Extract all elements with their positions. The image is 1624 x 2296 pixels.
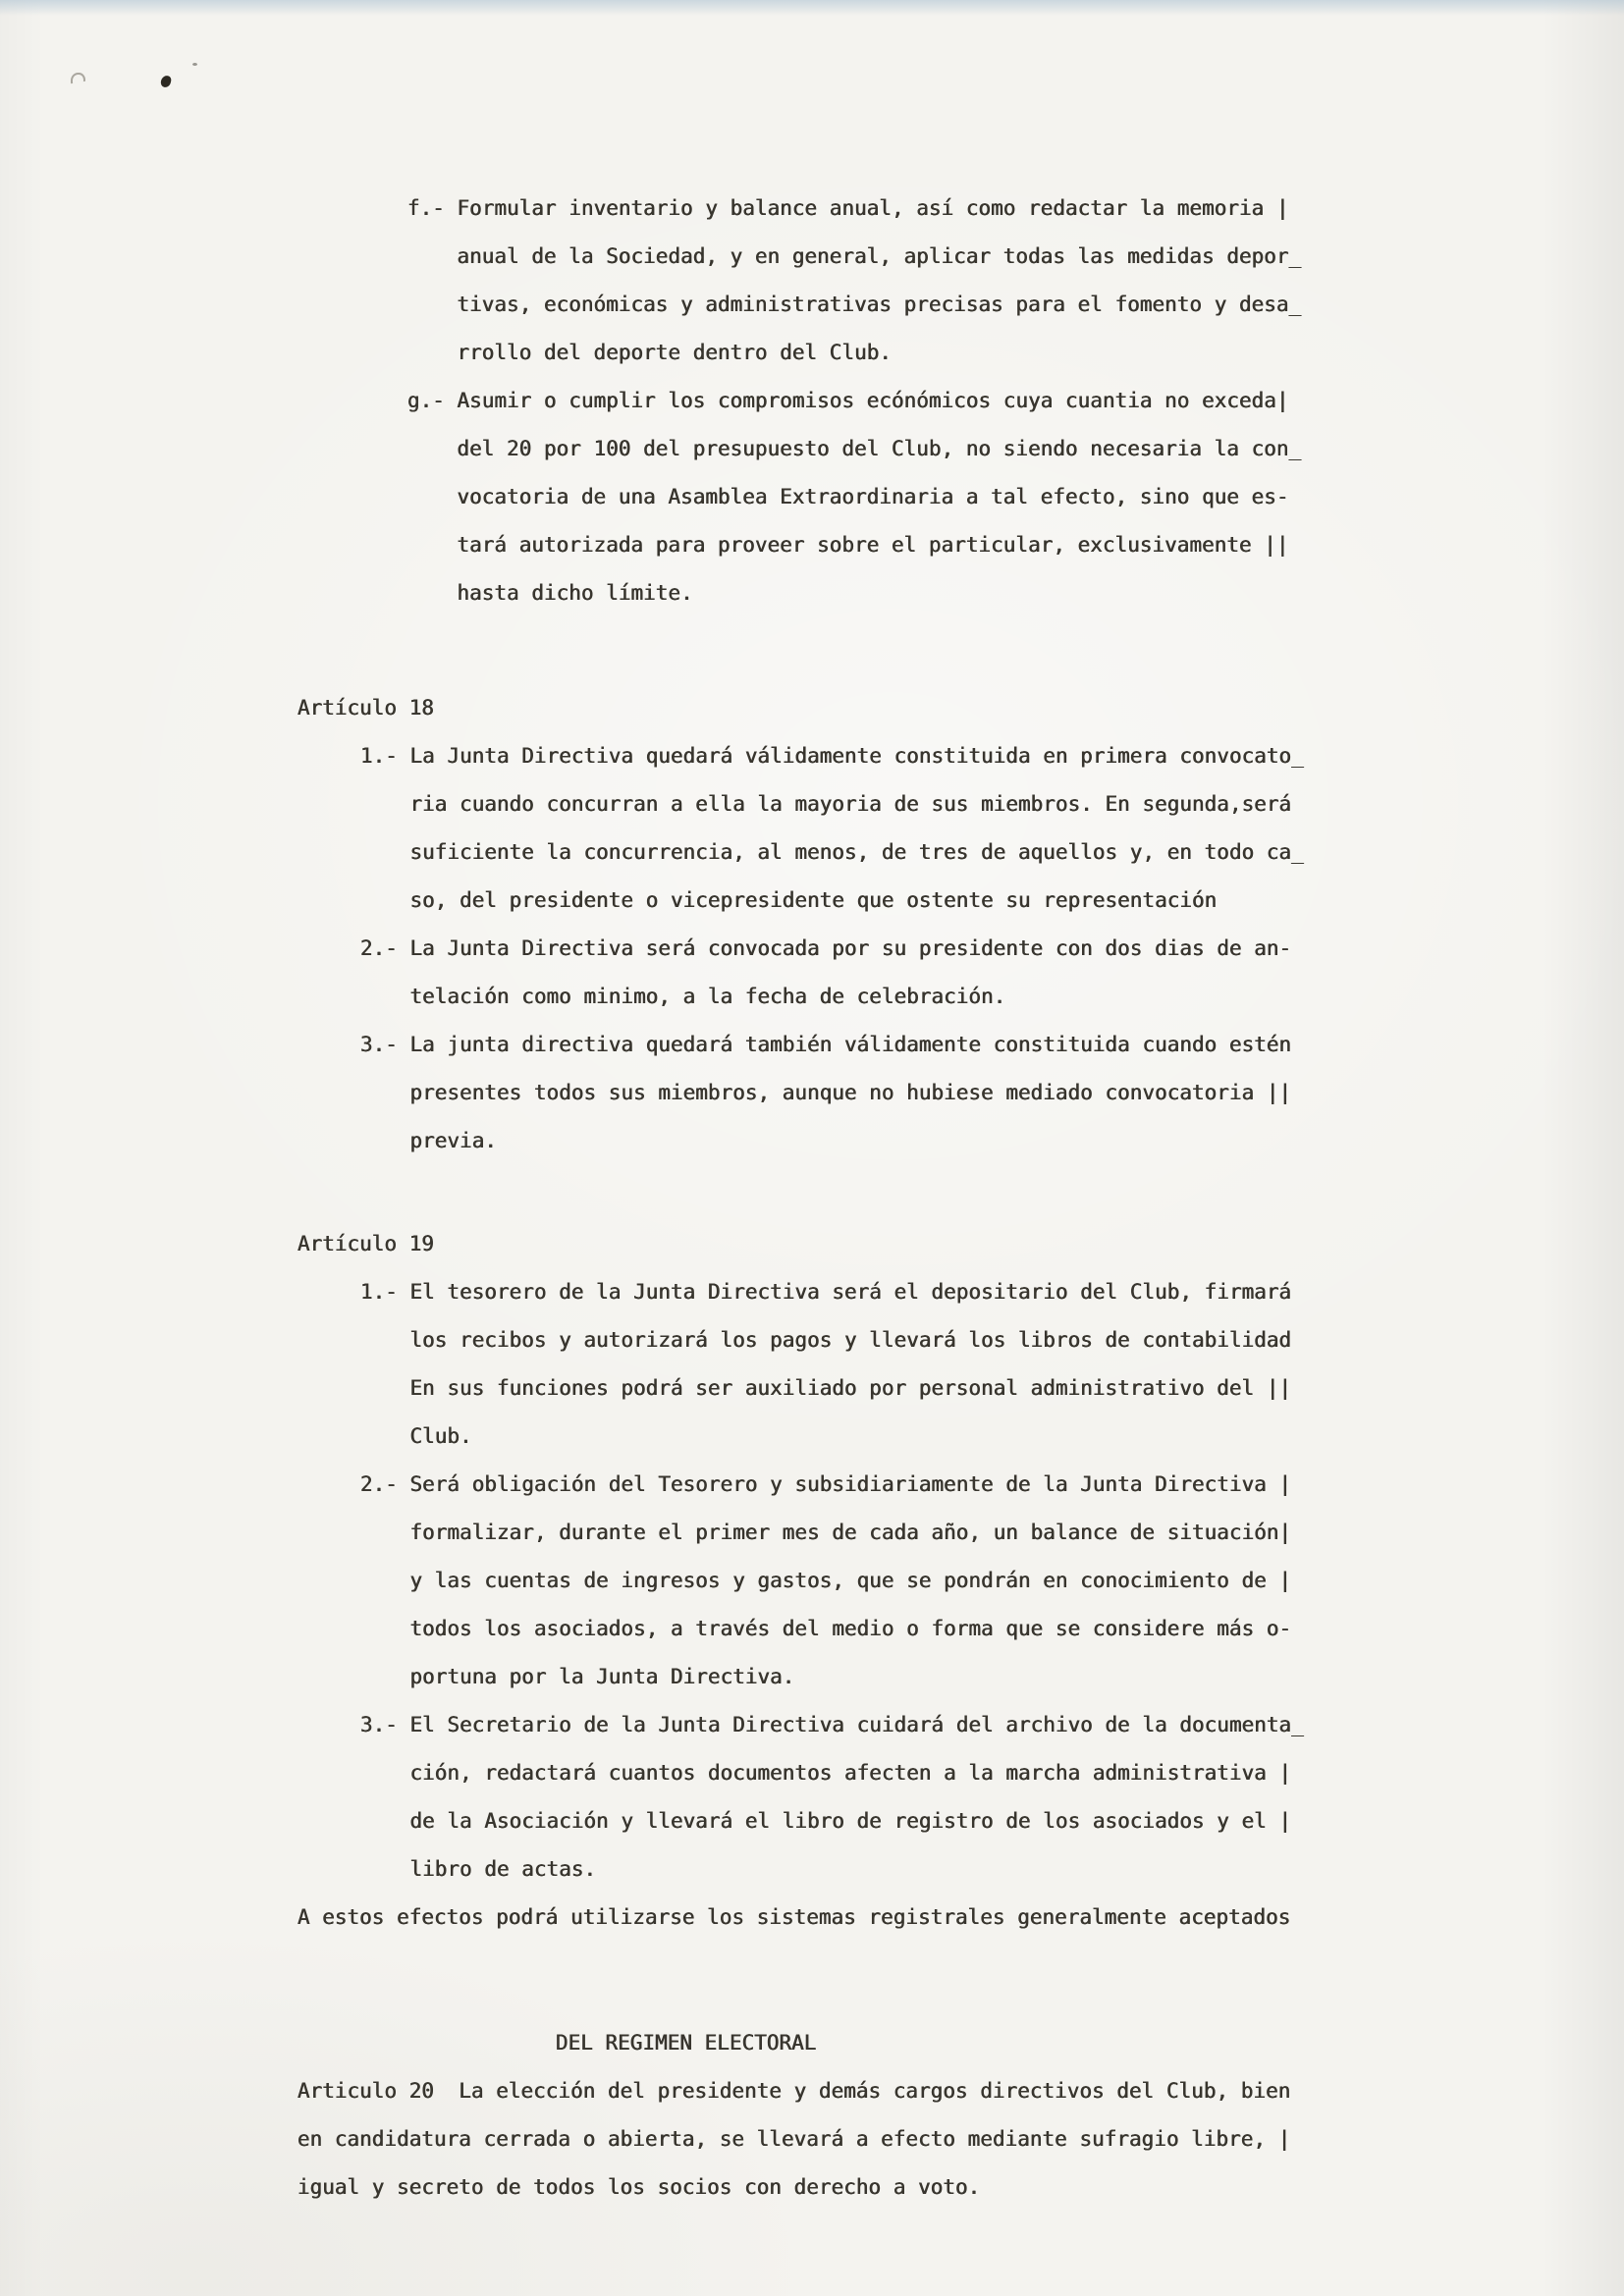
article-item: 3.- La junta directiva quedará también v… xyxy=(0,1021,1624,1165)
item-line: ria cuando concurran a ella la mayoria d… xyxy=(0,780,1624,828)
item-line: formalizar, durante el primer mes de cad… xyxy=(0,1509,1624,1557)
item-line: telación como minimo, a la fecha de cele… xyxy=(0,973,1624,1021)
item-marker: 3.- xyxy=(360,1713,398,1736)
article-item: f.- Formular inventario y balance anual,… xyxy=(0,185,1624,377)
item-line: anual de la Sociedad, y en general, apli… xyxy=(0,233,1624,281)
item-line: tará autorizada para proveer sobre el pa… xyxy=(0,521,1624,569)
item-line: Club. xyxy=(0,1413,1624,1461)
article-item: 3.- El Secretario de la Junta Directiva … xyxy=(0,1701,1624,1894)
article-heading: Artículo 19 xyxy=(0,1220,1624,1268)
item-line: de la Asociación y llevará el libro de r… xyxy=(0,1797,1624,1845)
paragraph-line: en candidatura cerrada o abierta, se lle… xyxy=(0,2115,1624,2163)
paragraph: A estos efectos podrá utilizarse los sis… xyxy=(0,1894,1624,1942)
paragraph-line: A estos efectos podrá utilizarse los sis… xyxy=(0,1894,1624,1942)
center-heading: DEL REGIMEN ELECTORAL xyxy=(0,2019,1624,2067)
item-line: 3.- El Secretario de la Junta Directiva … xyxy=(0,1701,1624,1749)
item-line: 2.- La Junta Directiva será convocada po… xyxy=(0,925,1624,973)
item-marker: 2.- xyxy=(360,936,398,960)
article-item: g.- Asumir o cumplir los compromisos ecó… xyxy=(0,377,1624,617)
item-line: f.- Formular inventario y balance anual,… xyxy=(0,185,1624,233)
item-line: tivas, económicas y administrativas prec… xyxy=(0,281,1624,329)
paper-speck xyxy=(192,63,197,66)
paragraph-line: igual y secreto de todos los socios con … xyxy=(0,2163,1624,2212)
paragraph: Articulo 20 La elección del presidente y… xyxy=(0,2067,1624,2212)
item-line: so, del presidente o vicepresidente que … xyxy=(0,877,1624,925)
article-item: 2.- Será obligación del Tesorero y subsi… xyxy=(0,1461,1624,1701)
item-line: y las cuentas de ingresos y gastos, que … xyxy=(0,1557,1624,1605)
item-line: suficiente la concurrencia, al menos, de… xyxy=(0,828,1624,877)
item-marker: 2.- xyxy=(360,1472,398,1496)
item-line: 1.- El tesorero de la Junta Directiva se… xyxy=(0,1268,1624,1316)
heading: Artículo 18 xyxy=(0,684,1624,732)
item-marker: 3.- xyxy=(360,1033,398,1056)
item-line: hasta dicho límite. xyxy=(0,569,1624,617)
item-line: 1.- La Junta Directiva quedará válidamen… xyxy=(0,732,1624,780)
heading: Artículo 19 xyxy=(0,1220,1624,1268)
paragraph-line: Articulo 20 La elección del presidente y… xyxy=(0,2067,1624,2115)
item-line: 3.- La junta directiva quedará también v… xyxy=(0,1021,1624,1069)
item-marker: f.- xyxy=(407,196,445,220)
item-line: g.- Asumir o cumplir los compromisos ecó… xyxy=(0,377,1624,425)
item-line: 2.- Será obligación del Tesorero y subsi… xyxy=(0,1461,1624,1509)
ink-dot xyxy=(160,75,172,88)
item-line: previa. xyxy=(0,1117,1624,1165)
item-line: del 20 por 100 del presupuesto del Club,… xyxy=(0,425,1624,473)
item-line: En sus funciones podrá ser auxiliado por… xyxy=(0,1364,1624,1413)
item-line: libro de actas. xyxy=(0,1845,1624,1894)
item-line: vocatoria de una Asamblea Extraordinaria… xyxy=(0,473,1624,521)
article-item: 1.- El tesorero de la Junta Directiva se… xyxy=(0,1268,1624,1461)
item-line: ción, redactará cuantos documentos afect… xyxy=(0,1749,1624,1797)
article-item: 2.- La Junta Directiva será convocada po… xyxy=(0,925,1624,1021)
item-line: los recibos y autorizará los pagos y lle… xyxy=(0,1316,1624,1364)
document-body: f.- Formular inventario y balance anual,… xyxy=(0,185,1624,2212)
article-heading: Artículo 18 xyxy=(0,684,1624,732)
item-line: presentes todos sus miembros, aunque no … xyxy=(0,1069,1624,1117)
item-line: rrollo del deporte dentro del Club. xyxy=(0,329,1624,377)
paper-stain-mark xyxy=(71,73,85,88)
scanned-page: f.- Formular inventario y balance anual,… xyxy=(0,0,1624,2296)
item-marker: 1.- xyxy=(360,1280,398,1304)
item-marker: 1.- xyxy=(360,744,398,768)
item-marker: g.- xyxy=(407,389,445,412)
item-line: todos los asociados, a través del medio … xyxy=(0,1605,1624,1653)
article-item: 1.- La Junta Directiva quedará válidamen… xyxy=(0,732,1624,925)
item-line: portuna por la Junta Directiva. xyxy=(0,1653,1624,1701)
section-heading: DEL REGIMEN ELECTORAL xyxy=(0,2019,1624,2067)
